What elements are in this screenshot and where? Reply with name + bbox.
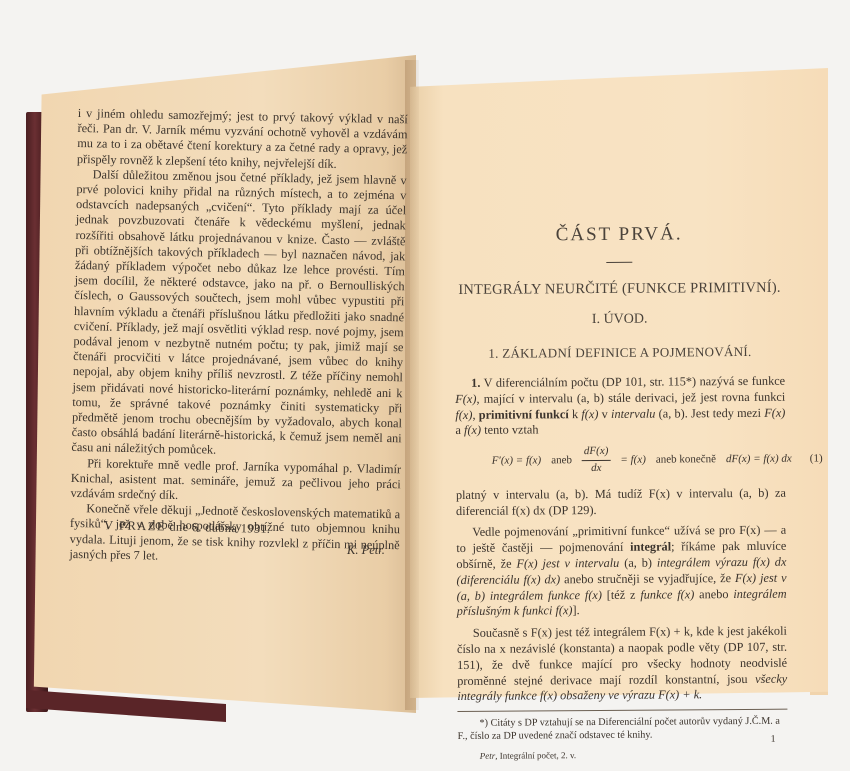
fraction: dF(x) dx (582, 444, 611, 477)
formula-part: dF(x) = f(x) dx (726, 451, 792, 467)
math: F(x) (455, 392, 476, 406)
preface-paragraph: i v jiném ohledu samozřejmý; jest to prv… (77, 106, 408, 173)
text: a (455, 423, 464, 437)
subsection-heading: 1. ZÁKLADNÍ DEFINICE A POJMENOVÁNÍ. (455, 344, 785, 362)
text: ]. (572, 603, 579, 617)
emphasis: intervalu (611, 406, 656, 420)
text: (a, b) (619, 556, 657, 570)
fraction-numerator: dF(x) (582, 444, 611, 461)
section-heading: I. ÚVOD. (455, 311, 785, 329)
formula-part: = f(x) (620, 452, 646, 468)
text: Současně s F(x) jest též integrálem F(x)… (457, 624, 787, 688)
text: tento vztah (481, 423, 538, 437)
text: [též z (602, 587, 640, 601)
emphasis: funkce f(x) (640, 587, 694, 601)
math: f(x) (455, 407, 472, 421)
chapter-body: 1. V diferenciálním počtu (DP 101, str. … (455, 374, 787, 705)
formula-connector: aneb (551, 453, 572, 469)
text: v (598, 407, 611, 421)
date-text: dne 6. dubna 1931. (166, 520, 271, 536)
term-primitive-function: primitivní funkcí (479, 407, 569, 422)
footnote-text: *) Citáty s DP vztahují se na Diferenciá… (457, 715, 787, 743)
preface-paragraph: Při korektuře mně vedle prof. Jarníka vy… (70, 456, 401, 508)
main-heading: INTEGRÁLY NEURČITÉ (FUNKCE PRIMITIVNÍ). (454, 280, 784, 299)
fraction-denominator: dx (591, 461, 602, 477)
math: f(x) (464, 423, 481, 437)
term-integral: integrál (630, 540, 671, 554)
math: f(x) (581, 407, 598, 421)
text: , mající v intervalu (a, b) stále deriva… (476, 389, 785, 405)
footnote-divider (457, 709, 787, 712)
formula-part: F′(x) = f(x) (492, 453, 542, 469)
imprint-title: , Integrální počet, 2. v. (495, 750, 576, 761)
paragraph-integral: Vedle pojmenování „primitivní funkce“ už… (456, 523, 787, 620)
part-title: ČÁST PRVÁ. (454, 223, 784, 247)
author-signature: K. Petr. (347, 543, 385, 558)
footnote: *) Citáty s DP vztahují se na Diferenciá… (457, 715, 787, 743)
page-number: 1 (771, 733, 776, 746)
text: anebo stručněji se vyjadřujíce, že (560, 571, 735, 586)
paragraph-definition: 1. V diferenciálním počtu (DP 101, str. … (455, 374, 785, 439)
text: anebo (694, 587, 733, 601)
imprint-author: Petr (480, 751, 496, 761)
preface-paragraph: Další důležitou změnou jsou četné příkla… (71, 167, 406, 462)
preface-text: i v jiném ohledu samozřejmý; jest to prv… (69, 106, 408, 568)
chapter-content: ČÁST PRVÁ. INTEGRÁLY NEURČITÉ (FUNKCE PR… (454, 218, 788, 761)
book-gutter (405, 60, 419, 710)
emphasis: F(x) jest v intervalu (516, 556, 619, 571)
text: (a, b). Jest tedy mezi (655, 405, 764, 420)
text: k (569, 407, 582, 421)
math: F(x) (764, 405, 785, 419)
date-place: V PRAZE (104, 518, 166, 533)
formula-connector: aneb konečně (656, 452, 716, 468)
text: V diferenciálním počtu (DP 101, str. 115… (480, 374, 785, 390)
title-divider (606, 262, 632, 263)
signature-imprint: Petr, Integrální počet, 2. v. (480, 749, 788, 761)
paragraph-differential: platný v intervalu (a, b). Má tudíž F(x)… (456, 485, 786, 519)
paragraph-constant: Současně s F(x) jest též integrálem F(x)… (457, 624, 788, 705)
paragraph-number: 1. (471, 376, 480, 390)
equation-1: F′(x) = f(x) aneb dF(x) dx = f(x) aneb k… (492, 443, 786, 478)
equation-number: (1) (810, 451, 823, 467)
